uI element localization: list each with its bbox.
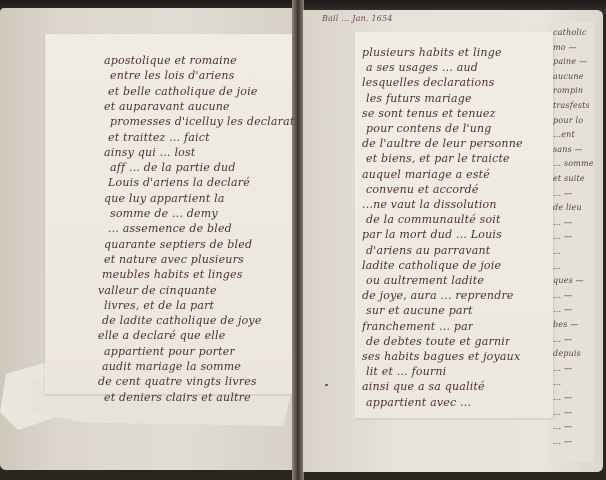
handwritten-line: valleur de cinquante	[98, 284, 217, 297]
handwritten-line: ladite catholique de joie	[362, 259, 501, 272]
handwritten-line: ...ne vaut la dissolution	[362, 198, 497, 211]
handwritten-line: paine —	[553, 57, 587, 66]
handwritten-line: ... —	[553, 393, 572, 402]
handwritten-line: ...ent	[553, 130, 575, 139]
handwritten-line: ...	[553, 378, 561, 387]
handwritten-line: de lieu	[553, 203, 582, 212]
handwritten-line: sans —	[553, 145, 583, 154]
handwritten-line: appartient pour porter	[104, 345, 235, 358]
handwritten-line: de joye, aura ... reprendre	[362, 289, 514, 302]
handwritten-line: les futurs mariage	[366, 92, 472, 105]
handwritten-line: par la mort dud ... Louis	[362, 228, 502, 241]
handwritten-line: ... —	[553, 335, 572, 344]
handwritten-line: ...	[553, 262, 561, 271]
handwritten-line: elle a declaré que elle	[98, 329, 225, 342]
handwritten-line: apostolique et romaine	[104, 54, 237, 67]
handwritten-line: catholic	[553, 28, 587, 37]
handwritten-line: depuis	[553, 349, 581, 358]
handwritten-line: auquel mariage a esté	[362, 168, 490, 181]
handwritten-line: et traittez ... faict	[108, 131, 210, 144]
handwritten-line: ... —	[553, 364, 572, 373]
handwritten-line: ... —	[553, 408, 572, 417]
handwritten-line: meubles habits et linges	[102, 268, 243, 281]
handwritten-line: quarante septiers de bled	[104, 238, 252, 251]
handwritten-line: ainsi que a sa qualité	[362, 380, 485, 393]
handwritten-line: appartient avec ...	[366, 396, 471, 409]
handwritten-line: et auparavant aucune	[104, 100, 230, 113]
handwritten-line: ...	[553, 247, 561, 256]
handwritten-line: bes —	[553, 320, 579, 329]
handwritten-line: ainsy qui ... lost	[104, 146, 195, 159]
handwritten-line: convenu et accordé	[366, 183, 479, 196]
handwritten-line: somme de ... demy	[110, 207, 218, 220]
handwritten-line: pour lo	[553, 116, 583, 125]
handwritten-line: de cent quatre vingts livres	[98, 375, 257, 388]
handwritten-line: ques —	[553, 276, 584, 285]
handwritten-line: ... —	[553, 189, 572, 198]
handwritten-line: entre les lois d'ariens	[110, 69, 235, 82]
handwritten-line: promesses d'icelluy les declarations	[110, 115, 295, 128]
handwritten-line: ou aultrement ladite	[366, 274, 484, 287]
handwritten-line: aucune	[553, 72, 584, 81]
handwritten-line: ... assemence de bled	[108, 222, 232, 235]
handwritten-line: se sont tenus et tenuez	[362, 107, 496, 120]
handwritten-line: trasfests	[553, 101, 590, 110]
handwritten-line: Louis d'ariens la declaré	[108, 176, 250, 189]
handwritten-line: ... somme	[553, 159, 593, 168]
handwritten-line: lit et ... fourni	[366, 365, 446, 378]
handwritten-line: a ses usages ... aud	[366, 61, 478, 74]
handwritten-line: pour contens de l'ung	[366, 122, 492, 135]
handwritten-line: livres, et de la part	[104, 299, 214, 312]
handwritten-line: ... —	[553, 218, 572, 227]
handwritten-line: audit mariage la somme	[102, 360, 241, 373]
handwritten-line: que luy appartient la	[104, 192, 225, 205]
handwritten-line: ses habits bagues et joyaux	[362, 350, 520, 363]
handwritten-line: de ladite catholique de joye	[102, 314, 262, 327]
handwritten-line: ... —	[553, 305, 572, 314]
handwritten-line: ... —	[553, 232, 572, 241]
handwritten-line: ... —	[553, 291, 572, 300]
handwritten-line: de l'aultre de leur personne	[362, 137, 523, 150]
handwritten-line: et biens, et par le traicte	[366, 152, 510, 165]
handwritten-line: sur et aucune part	[366, 304, 473, 317]
handwritten-line: et deniers clairs et aultre	[104, 391, 251, 404]
handwritten-line: ... —	[553, 437, 572, 446]
handwritten-line: et belle catholique de joie	[108, 85, 258, 98]
handwritten-line: mo —	[553, 43, 577, 52]
ink-mark	[325, 384, 328, 386]
handwritten-line: et suite	[553, 174, 585, 183]
handwritten-line: plusieurs habits et linge	[362, 46, 502, 59]
handwritten-line: ... —	[553, 422, 572, 431]
handwritten-line: de la communaulté soit	[366, 213, 501, 226]
handwritten-line: rompin	[553, 86, 583, 95]
handwritten-line: et nature avec plusieurs	[104, 253, 244, 266]
handwritten-line: de debtes toute et garnir	[366, 335, 510, 348]
handwritten-line: lesquelles declarations	[362, 76, 495, 89]
handwritten-line: franchement ... par	[362, 320, 473, 333]
right-page-header-note: Bail ... Jan. 1654	[322, 14, 393, 23]
handwritten-line: aff ... de la partie dud	[110, 161, 236, 174]
handwritten-line: d'ariens au parravant	[366, 244, 490, 257]
